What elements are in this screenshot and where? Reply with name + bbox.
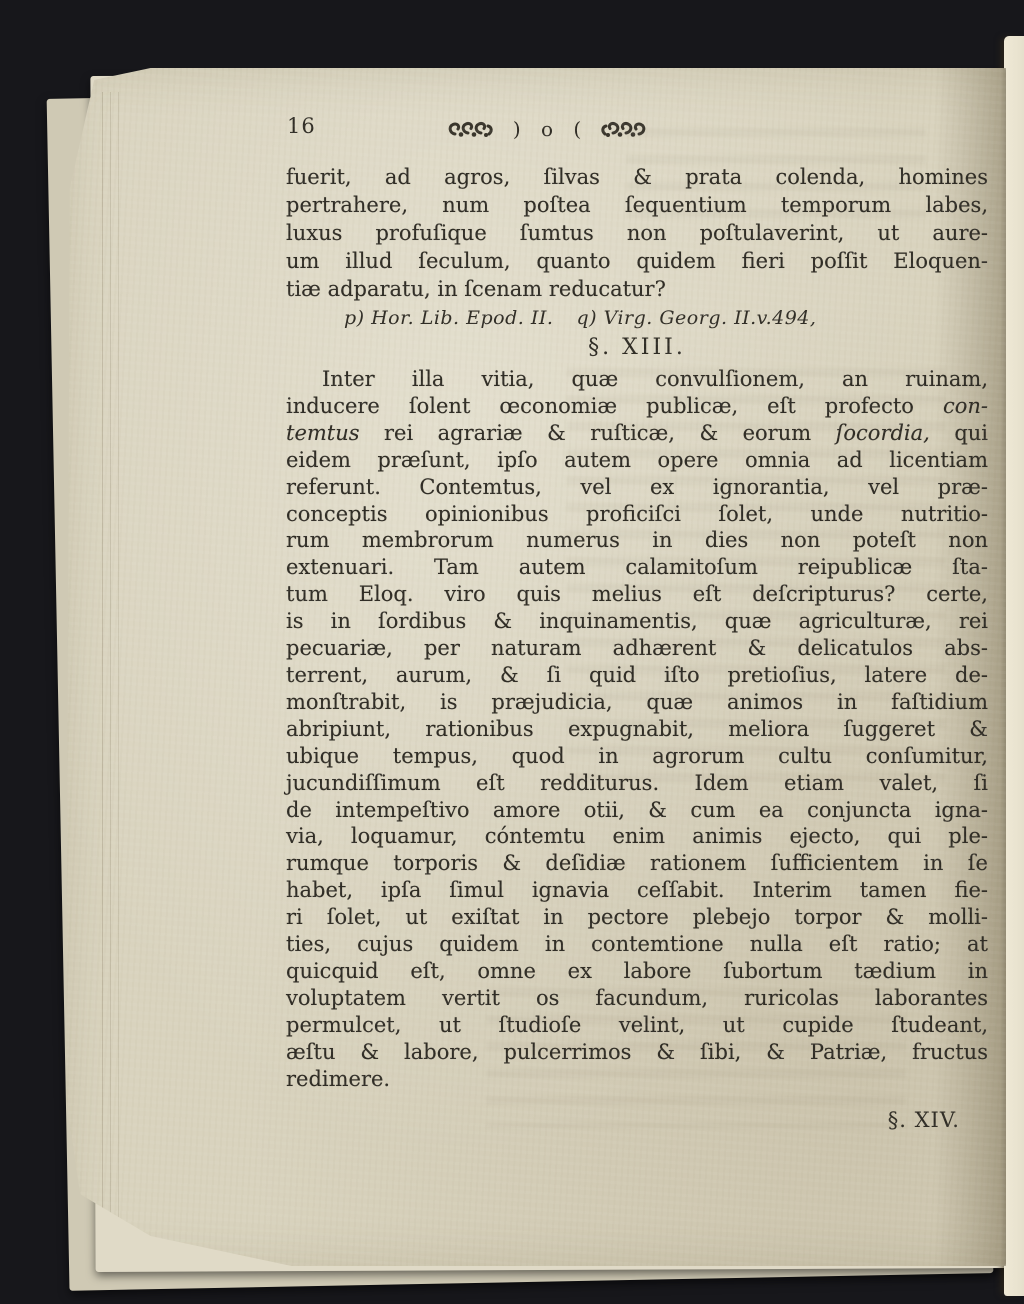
text-segment: pertrahere, num poſtea ſequentium tempor… <box>286 193 988 217</box>
text-line: eidem præſunt, ipſo autem opere omnia ad… <box>286 447 988 474</box>
page-crease-lines <box>96 92 130 1242</box>
text-column: fuerit, ad agros, ſilvas & prata colenda… <box>286 163 988 1132</box>
text-line: pertrahere, num poſtea ſequentium tempor… <box>286 191 988 219</box>
paragraph-section-13: Inter illa vitia, quæ convulſionem, an r… <box>286 366 988 1092</box>
text-segment: ri ſolet, ut exiſtat in pectore plebejo … <box>286 905 988 929</box>
text-line: terrent, aurum, & ſi quid iſto pretioſiu… <box>286 662 988 689</box>
text-line: monſtrabit, is præjudicia, quæ animos in… <box>286 689 988 716</box>
fleuron-ornament-icon <box>446 118 494 140</box>
text-segment: via, loquamur, cóntemtu enim animis ejec… <box>286 824 988 848</box>
italic-text-segment: con- <box>943 394 988 418</box>
text-segment: referunt. Contemtus, vel ex ignorantia, … <box>286 475 988 499</box>
footnote-citations: p) Hor. Lib. Epod. II. q) Virg. Georg. I… <box>286 306 988 330</box>
text-line: conceptis opinionibus proficiſci ſolet, … <box>286 501 988 528</box>
text-line: rumque torporis & deſidiæ rationem ſuffi… <box>286 850 988 877</box>
text-segment: de intempeſtivo amore otii, & cum ea con… <box>286 798 988 822</box>
italic-text-segment: ſocordia, <box>836 421 930 445</box>
text-line: quicquid eſt, omne ex labore ſubortum tæ… <box>286 958 988 985</box>
text-segment: ties, cujus quidem in contemtione nulla … <box>286 932 988 956</box>
text-segment: extenuari. Tam autem calamitoſum reipubl… <box>286 555 988 579</box>
text-segment: tiæ adparatu, in ſcenam reducatur? <box>286 277 666 301</box>
text-segment: fuerit, ad agros, ſilvas & prata colenda… <box>286 165 988 189</box>
text-segment: quicquid eſt, omne ex labore ſubortum tæ… <box>286 959 988 983</box>
text-line: extenuari. Tam autem calamitoſum reipubl… <box>286 554 988 581</box>
catchword-next-section: §. XIV. <box>286 1108 988 1132</box>
text-line: æſtu & labore, pulcerrimos & ſibi, & Pat… <box>286 1039 988 1066</box>
text-segment: tum Eloq. viro quis melius eſt deſcriptu… <box>286 582 988 606</box>
text-segment: Inter illa vitia, quæ convulſionem, an r… <box>322 367 988 391</box>
book-page: 16 ) o ( <box>66 68 1006 1266</box>
running-head: 16 ) o ( <box>285 112 989 146</box>
text-line: abripiunt, rationibus expugnabit, melior… <box>286 716 988 743</box>
text-segment: eidem præſunt, ipſo autem opere omnia ad… <box>286 448 988 472</box>
text-line: habet, ipſa ſimul ignavia ceſſabit. Inte… <box>286 877 988 904</box>
text-segment: luxus profuſique ſumtus non poſtulaverin… <box>286 221 988 245</box>
text-line: tiæ adparatu, in ſcenam reducatur? <box>286 275 988 303</box>
text-segment: jucundiſſimum eſt redditurus. Idem etiam… <box>286 771 988 795</box>
text-segment: rum membrorum numerus in dies non poteſt… <box>286 528 988 552</box>
text-line: pecuariæ, per naturam adhærent & delicat… <box>286 635 988 662</box>
text-line: permulcet, ut ſtudioſe velint, ut cupide… <box>286 1012 988 1039</box>
text-line: fuerit, ad agros, ſilvas & prata colenda… <box>286 163 988 191</box>
header-mark: ) o ( <box>506 117 588 141</box>
text-line: voluptatem vertit os facundum, ruricolas… <box>286 985 988 1012</box>
text-segment: æſtu & labore, pulcerrimos & ſibi, & Pat… <box>286 1040 988 1064</box>
text-segment: pecuariæ, per naturam adhærent & delicat… <box>286 636 988 660</box>
section-heading: §. XIII. <box>286 334 988 361</box>
fleuron-ornament-icon <box>600 118 648 140</box>
text-segment: is in ſordibus & inquinamentis, quæ agri… <box>286 609 988 633</box>
text-line: jucundiſſimum eſt redditurus. Idem etiam… <box>286 770 988 797</box>
text-segment: permulcet, ut ſtudioſe velint, ut cupide… <box>286 1013 988 1037</box>
text-segment: um illud ſeculum, quanto quidem fieri po… <box>286 249 988 273</box>
text-segment: qui <box>930 421 988 445</box>
header-ornament: ) o ( <box>397 112 697 146</box>
text-line: tum Eloq. viro quis melius eſt deſcriptu… <box>286 581 988 608</box>
text-line: um illud ſeculum, quanto quidem fieri po… <box>286 247 988 275</box>
text-segment: habet, ipſa ſimul ignavia ceſſabit. Inte… <box>286 878 988 902</box>
italic-text-segment: temtus <box>286 421 360 445</box>
text-line: referunt. Contemtus, vel ex ignorantia, … <box>286 474 988 501</box>
text-line: is in ſordibus & inquinamentis, quæ agri… <box>286 608 988 635</box>
text-line: ri ſolet, ut exiſtat in pectore plebejo … <box>286 904 988 931</box>
text-line: inducere ſolent œconomiæ publicæ, eſt pr… <box>286 393 988 420</box>
text-segment: rumque torporis & deſidiæ rationem ſuffi… <box>286 851 988 875</box>
text-line: redimere. <box>286 1066 988 1093</box>
next-page-edge <box>1004 36 1024 1296</box>
text-segment: inducere ſolent œconomiæ publicæ, eſt pr… <box>286 394 943 418</box>
text-segment: monſtrabit, is præjudicia, quæ animos in… <box>286 690 988 714</box>
text-line: de intempeſtivo amore otii, & cum ea con… <box>286 797 988 824</box>
text-line: via, loquamur, cóntemtu enim animis ejec… <box>286 823 988 850</box>
text-line: rum membrorum numerus in dies non poteſt… <box>286 527 988 554</box>
paragraph-continuation: fuerit, ad agros, ſilvas & prata colenda… <box>286 163 988 303</box>
text-segment: rei agrariæ & ruſticæ, & eorum <box>360 421 836 445</box>
text-line: ubique tempus, quod in agrorum cultu con… <box>286 743 988 770</box>
text-segment: ubique tempus, quod in agrorum cultu con… <box>286 744 988 768</box>
text-segment: conceptis opinionibus proficiſci ſolet, … <box>286 502 988 526</box>
text-line: temtus rei agrariæ & ruſticæ, & eorum ſo… <box>286 420 988 447</box>
text-line: Inter illa vitia, quæ convulſionem, an r… <box>286 366 988 393</box>
text-line: ties, cujus quidem in contemtione nulla … <box>286 931 988 958</box>
page-number: 16 <box>287 114 316 138</box>
text-line: luxus profuſique ſumtus non poſtulaverin… <box>286 219 988 247</box>
text-segment: abripiunt, rationibus expugnabit, melior… <box>286 717 988 741</box>
text-segment: redimere. <box>286 1067 390 1091</box>
text-segment: voluptatem vertit os facundum, ruricolas… <box>286 986 988 1010</box>
text-segment: terrent, aurum, & ſi quid iſto pretioſiu… <box>286 663 988 687</box>
